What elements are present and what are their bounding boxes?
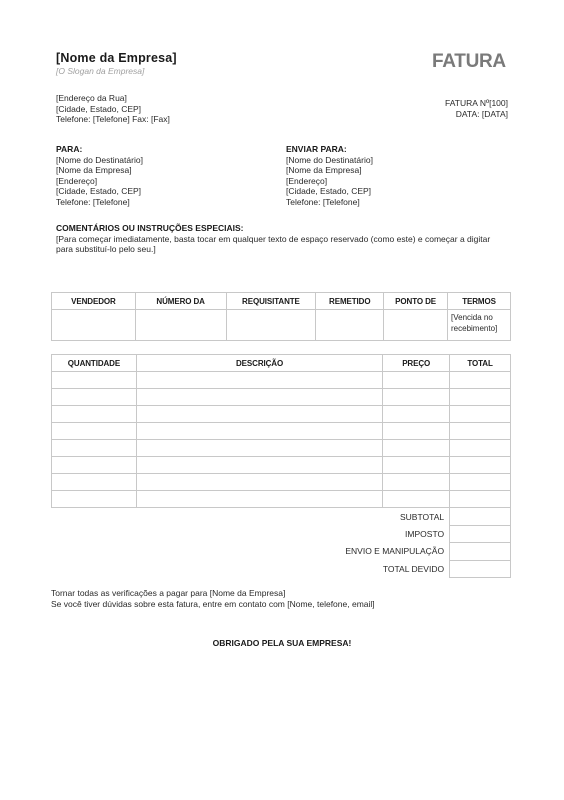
header-total: TOTAL xyxy=(450,355,511,372)
total-due-value[interactable] xyxy=(450,560,511,578)
tax-label: IMPOSTO xyxy=(136,525,449,543)
price-cell[interactable] xyxy=(383,491,450,508)
quantity-cell[interactable] xyxy=(52,372,137,389)
description-cell[interactable] xyxy=(136,406,382,423)
invoice-title: FATURA xyxy=(432,51,506,73)
description-cell[interactable] xyxy=(136,389,382,406)
bill-to-recipient[interactable]: [Nome do Destinatário] xyxy=(56,155,143,166)
total-cell[interactable] xyxy=(450,474,511,491)
quantity-cell[interactable] xyxy=(52,406,137,423)
spacer xyxy=(52,508,137,526)
requester-cell[interactable] xyxy=(226,310,316,341)
description-cell[interactable] xyxy=(136,440,382,457)
terms-cell[interactable]: [Vencida no recebimento] xyxy=(448,310,511,341)
thank-you-message: OBRIGADO PELA SUA EMPRESA! xyxy=(0,638,564,648)
line-item-row xyxy=(52,389,511,406)
phone-fax[interactable]: Telefone: [Telefone] Fax: [Fax] xyxy=(56,114,170,125)
point-cell[interactable] xyxy=(384,310,448,341)
header-price: PREÇO xyxy=(383,355,450,372)
spacer xyxy=(52,525,137,543)
line-item-row xyxy=(52,372,511,389)
total-cell[interactable] xyxy=(450,389,511,406)
salesperson-cell[interactable] xyxy=(52,310,136,341)
total-due-row: TOTAL DEVIDO xyxy=(52,560,511,578)
header-description: DESCRIÇÃO xyxy=(136,355,382,372)
shipping-handling-value[interactable] xyxy=(450,543,511,561)
comments-heading: COMENTÁRIOS OU INSTRUÇÕES ESPECIAIS: xyxy=(56,223,506,234)
quantity-cell[interactable] xyxy=(52,474,137,491)
price-cell[interactable] xyxy=(383,457,450,474)
shipping-handling-row: ENVIO E MANIPULAÇÃO xyxy=(52,543,511,561)
description-cell[interactable] xyxy=(136,474,382,491)
header-requester: REQUISITANTE xyxy=(226,293,316,310)
total-due-label: TOTAL DEVIDO xyxy=(136,560,449,578)
line-item-row xyxy=(52,423,511,440)
number-cell[interactable] xyxy=(135,310,226,341)
invoice-date[interactable]: DATA: [DATA] xyxy=(445,109,508,120)
price-cell[interactable] xyxy=(383,423,450,440)
spacer xyxy=(52,560,137,578)
bill-to-address[interactable]: [Endereço] xyxy=(56,176,143,187)
line-item-row xyxy=(52,474,511,491)
price-cell[interactable] xyxy=(383,474,450,491)
ship-to-company[interactable]: [Nome da Empresa] xyxy=(286,165,373,176)
description-cell[interactable] xyxy=(136,491,382,508)
quantity-cell[interactable] xyxy=(52,389,137,406)
header-terms: TERMOS xyxy=(448,293,511,310)
shipped-cell[interactable] xyxy=(316,310,384,341)
company-slogan[interactable]: [O Slogan da Empresa] xyxy=(56,66,144,76)
quantity-cell[interactable] xyxy=(52,440,137,457)
city-state-zip[interactable]: [Cidade, Estado, CEP] xyxy=(56,104,170,115)
street-address[interactable]: [Endereço da Rua] xyxy=(56,93,170,104)
bill-to-company[interactable]: [Nome da Empresa] xyxy=(56,165,143,176)
comments-block: COMENTÁRIOS OU INSTRUÇÕES ESPECIAIS: [Pa… xyxy=(56,223,506,255)
subtotal-label: SUBTOTAL xyxy=(136,508,449,526)
ship-to-heading: ENVIAR PARA: xyxy=(286,144,373,155)
description-cell[interactable] xyxy=(136,423,382,440)
price-cell[interactable] xyxy=(383,440,450,457)
contact-line[interactable]: Se você tiver dúvidas sobre esta fatura,… xyxy=(51,599,375,610)
company-address: [Endereço da Rua] [Cidade, Estado, CEP] … xyxy=(56,93,170,125)
subtotal-value[interactable] xyxy=(450,508,511,526)
ship-to-block: ENVIAR PARA: [Nome do Destinatário] [Nom… xyxy=(286,144,373,208)
bill-to-block: PARA: [Nome do Destinatário] [Nome da Em… xyxy=(56,144,143,208)
line-items-header-row: QUANTIDADE DESCRIÇÃO PREÇO TOTAL xyxy=(52,355,511,372)
order-info-values-row: [Vencida no recebimento] xyxy=(52,310,511,341)
header-point: PONTO DE xyxy=(384,293,448,310)
tax-value[interactable] xyxy=(450,525,511,543)
spacer xyxy=(52,543,137,561)
price-cell[interactable] xyxy=(383,372,450,389)
total-cell[interactable] xyxy=(450,372,511,389)
quantity-cell[interactable] xyxy=(52,423,137,440)
order-info-header-row: VENDEDOR NÚMERO DA REQUISITANTE REMETIDO… xyxy=(52,293,511,310)
payable-to-line[interactable]: Tornar todas as verificações a pagar par… xyxy=(51,588,375,599)
ship-to-city[interactable]: [Cidade, Estado, CEP] xyxy=(286,186,373,197)
description-cell[interactable] xyxy=(136,457,382,474)
total-cell[interactable] xyxy=(450,423,511,440)
bill-to-heading: PARA: xyxy=(56,144,143,155)
header-quantity: QUANTIDADE xyxy=(52,355,137,372)
ship-to-address[interactable]: [Endereço] xyxy=(286,176,373,187)
header-shipped: REMETIDO xyxy=(316,293,384,310)
header-salesperson: VENDEDOR xyxy=(52,293,136,310)
tax-row: IMPOSTO xyxy=(52,525,511,543)
comments-text[interactable]: [Para começar imediatamente, basta tocar… xyxy=(56,234,506,255)
shipping-handling-label: ENVIO E MANIPULAÇÃO xyxy=(136,543,449,561)
total-cell[interactable] xyxy=(450,406,511,423)
ship-to-phone[interactable]: Telefone: [Telefone] xyxy=(286,197,373,208)
description-cell[interactable] xyxy=(136,372,382,389)
bill-to-city[interactable]: [Cidade, Estado, CEP] xyxy=(56,186,143,197)
price-cell[interactable] xyxy=(383,389,450,406)
invoice-meta: FATURA Nº[100] DATA: [DATA] xyxy=(445,98,508,119)
line-items-table: QUANTIDADE DESCRIÇÃO PREÇO TOTAL SUBTOTA… xyxy=(51,354,511,578)
header-number: NÚMERO DA xyxy=(135,293,226,310)
total-cell[interactable] xyxy=(450,457,511,474)
invoice-number[interactable]: FATURA Nº[100] xyxy=(445,98,508,109)
total-cell[interactable] xyxy=(450,491,511,508)
subtotal-row: SUBTOTAL xyxy=(52,508,511,526)
line-item-row xyxy=(52,491,511,508)
bill-to-phone[interactable]: Telefone: [Telefone] xyxy=(56,197,143,208)
line-item-row xyxy=(52,457,511,474)
total-cell[interactable] xyxy=(450,440,511,457)
company-name[interactable]: [Nome da Empresa] xyxy=(56,51,177,65)
price-cell[interactable] xyxy=(383,406,450,423)
line-item-row xyxy=(52,440,511,457)
line-item-row xyxy=(52,406,511,423)
order-info-table: VENDEDOR NÚMERO DA REQUISITANTE REMETIDO… xyxy=(51,292,511,341)
ship-to-recipient[interactable]: [Nome do Destinatário] xyxy=(286,155,373,166)
payment-note: Tornar todas as verificações a pagar par… xyxy=(51,588,375,609)
quantity-cell[interactable] xyxy=(52,491,137,508)
quantity-cell[interactable] xyxy=(52,457,137,474)
